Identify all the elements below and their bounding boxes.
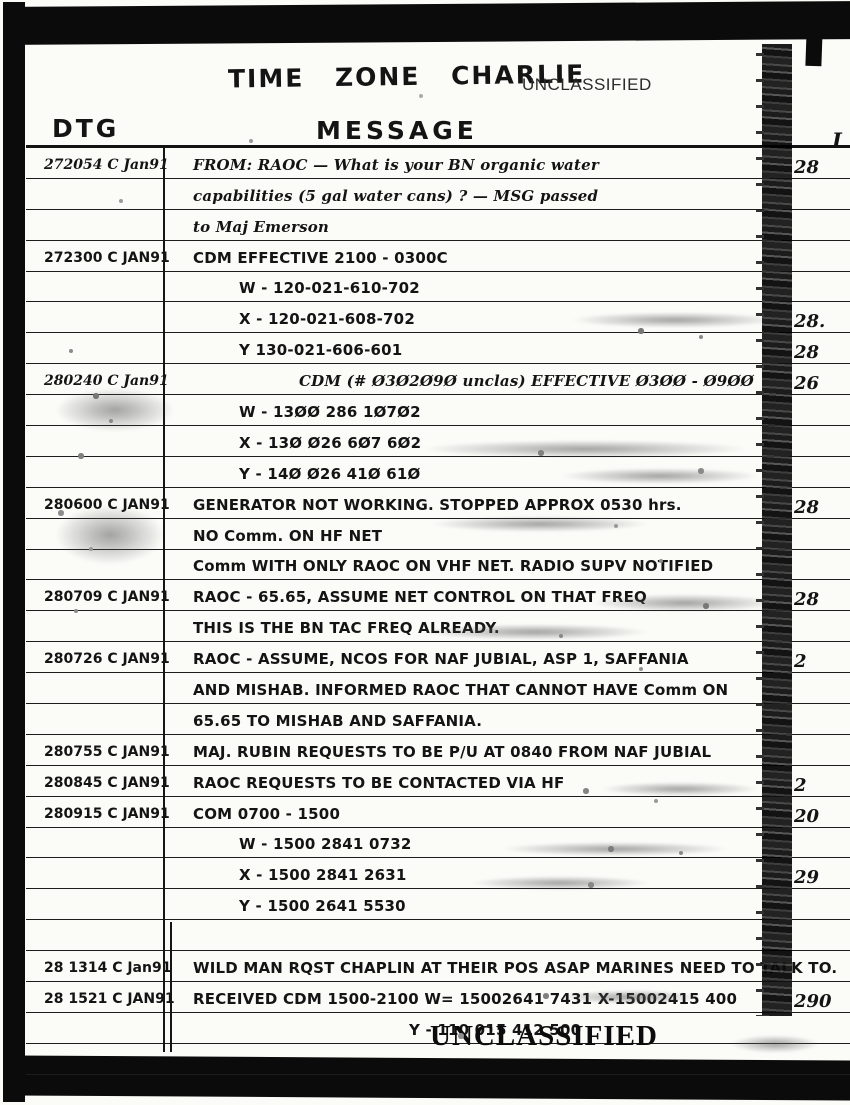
column-divider-double: [170, 922, 172, 1052]
log-row: 28 1314 C Jan91WILD MAN RQST CHAPLIN AT …: [26, 951, 850, 982]
dtg-cell: 272054 C Jan91: [26, 152, 181, 178]
classification-top: UNCLASSIFIED: [522, 75, 652, 95]
log-row: 280755 C JAN91MAJ. RUBIN REQUESTS TO BE …: [26, 735, 850, 766]
log-row: 272054 C Jan91FROM: RAOC — What is your …: [26, 148, 850, 179]
message-cell: FROM: RAOC — What is your BN organic wat…: [181, 152, 850, 178]
margin-note: 29: [794, 869, 819, 887]
scanned-log-page: TIME ZONE CHARLIE UNCLASSIFIED DTG MESSA…: [0, 0, 850, 1105]
message-cell: 65.65 TO MISHAB AND SAFFANIA.: [181, 708, 850, 734]
scan-border-left: [3, 2, 25, 1102]
log-row: 65.65 TO MISHAB AND SAFFANIA.: [26, 704, 850, 735]
message-cell: CDM EFFECTIVE 2100 - 0300C: [181, 245, 850, 271]
log-row: Y 130-021-606-60128: [26, 333, 850, 364]
log-row: W - 1500 2841 0732: [26, 828, 850, 859]
dtg-cell: 280755 C JAN91: [26, 739, 181, 765]
book-binding-strip: [762, 44, 792, 1016]
log-row: Comm WITH ONLY RAOC ON VHF NET. RADIO SU…: [26, 550, 850, 581]
scan-speckles: [0, 0, 2, 2]
log-row: to Maj Emerson: [26, 210, 850, 241]
log-row: Y - 14Ø Ø26 41Ø 61Ø: [26, 457, 850, 488]
dtg-cell: 280240 C Jan91: [26, 368, 181, 394]
message-cell: Comm WITH ONLY RAOC ON VHF NET. RADIO SU…: [181, 553, 850, 579]
log-row: 272300 C JAN91CDM EFFECTIVE 2100 - 0300C: [26, 241, 850, 272]
log-row: Y - 1500 2641 5530: [26, 889, 850, 920]
log-row: capabilities (5 gal water cans) ? — MSG …: [26, 179, 850, 210]
log-row: THIS IS THE BN TAC FREQ ALREADY.: [26, 611, 850, 642]
log-rows: 272054 C Jan91FROM: RAOC — What is your …: [26, 148, 850, 1075]
message-cell: Y 130-021-606-601: [181, 337, 850, 363]
log-row: X - 1500 2841 263129: [26, 858, 850, 889]
message-cell: W - 1500 2841 0732: [181, 831, 850, 857]
log-row: 280709 C JAN91RAOC - 65.65, ASSUME NET C…: [26, 580, 850, 611]
log-row: AND MISHAB. INFORMED RAOC THAT CANNOT HA…: [26, 673, 850, 704]
message-cell: RAOC REQUESTS TO BE CONTACTED VIA HF: [181, 770, 850, 796]
log-row: 280845 C JAN91RAOC REQUESTS TO BE CONTAC…: [26, 766, 850, 797]
scan-border-stub: [805, 30, 822, 67]
message-cell: AND MISHAB. INFORMED RAOC THAT CANNOT HA…: [181, 677, 850, 703]
dtg-cell: 280709 C JAN91: [26, 584, 181, 610]
dtg-cell: 28 1314 C Jan91: [26, 955, 181, 981]
column-header-dtg: DTG: [52, 114, 119, 143]
message-cell: Y - 1500 2641 5530: [181, 893, 850, 919]
margin-note: 290: [794, 993, 832, 1011]
margin-note: 28: [794, 591, 819, 609]
dtg-cell: 280915 C JAN91: [26, 801, 181, 827]
dtg-cell: 28 1521 C JAN91: [26, 986, 181, 1012]
classification-bottom: UNCLASSIFIED: [430, 1020, 658, 1053]
margin-note: 28: [794, 344, 819, 362]
message-cell: RAOC - 65.65, ASSUME NET CONTROL ON THAT…: [181, 584, 850, 610]
log-row: W - 13ØØ 286 1Ø7Ø2: [26, 395, 850, 426]
dtg-cell: 272300 C JAN91: [26, 245, 181, 271]
message-cell: WILD MAN RQST CHAPLIN AT THEIR POS ASAP …: [181, 955, 850, 981]
column-divider: [163, 147, 165, 1052]
message-cell: THIS IS THE BN TAC FREQ ALREADY.: [181, 615, 850, 641]
message-cell: RECEIVED CDM 1500-2100 W= 15002641 7431 …: [181, 986, 850, 1012]
dtg-cell: 280600 C JAN91: [26, 492, 181, 518]
message-cell: X - 13Ø Ø26 6Ø7 6Ø2: [181, 430, 850, 456]
message-cell: W - 13ØØ 286 1Ø7Ø2: [181, 399, 850, 425]
message-cell: CDM (# Ø3Ø2Ø9Ø unclas) EFFECTIVE Ø3ØØ - …: [181, 368, 850, 394]
log-row: 280600 C JAN91GENERATOR NOT WORKING. STO…: [26, 488, 850, 519]
log-row: 280915 C JAN91COM 0700 - 150020: [26, 797, 850, 828]
message-cell: X - 1500 2841 2631: [181, 862, 850, 888]
margin-note: 2: [794, 653, 807, 671]
margin-note: 20: [794, 808, 819, 826]
log-row: 28 1521 C JAN91RECEIVED CDM 1500-2100 W=…: [26, 982, 850, 1013]
margin-note: 28.: [794, 313, 825, 331]
log-row: 280240 C Jan91CDM (# Ø3Ø2Ø9Ø unclas) EFF…: [26, 364, 850, 395]
margin-note: 28: [794, 159, 819, 177]
log-row: NO Comm. ON HF NET: [26, 519, 850, 550]
log-row: [26, 920, 850, 951]
message-cell: COM 0700 - 1500: [181, 801, 850, 827]
message-cell: to Maj Emerson: [181, 214, 850, 240]
margin-note: 26: [794, 375, 819, 393]
message-cell: W - 120-021-610-702: [181, 275, 850, 301]
column-header-message: MESSAGE: [316, 116, 478, 145]
scan-border-top: [10, 1, 850, 45]
log-row: W - 120-021-610-702: [26, 272, 850, 303]
message-cell: X - 120-021-608-702: [181, 306, 850, 332]
message-cell: NO Comm. ON HF NET: [181, 523, 850, 549]
margin-note: 2: [794, 777, 807, 795]
message-cell: RAOC - ASSUME, NCOS FOR NAF JUBIAL, ASP …: [181, 646, 850, 672]
margin-note: 28: [794, 499, 819, 517]
dtg-cell: 280726 C JAN91: [26, 646, 181, 672]
message-cell: Y - 14Ø Ø26 41Ø 61Ø: [181, 461, 850, 487]
log-row: X - 120-021-608-70228.: [26, 302, 850, 333]
log-row: 280726 C JAN91RAOC - ASSUME, NCOS FOR NA…: [26, 642, 850, 673]
message-cell: GENERATOR NOT WORKING. STOPPED APPROX 05…: [181, 492, 850, 518]
log-row: X - 13Ø Ø26 6Ø7 6Ø2: [26, 426, 850, 457]
message-cell: capabilities (5 gal water cans) ? — MSG …: [181, 183, 850, 209]
dtg-cell: 280845 C JAN91: [26, 770, 181, 796]
message-cell: MAJ. RUBIN REQUESTS TO BE P/U AT 0840 FR…: [181, 739, 850, 765]
